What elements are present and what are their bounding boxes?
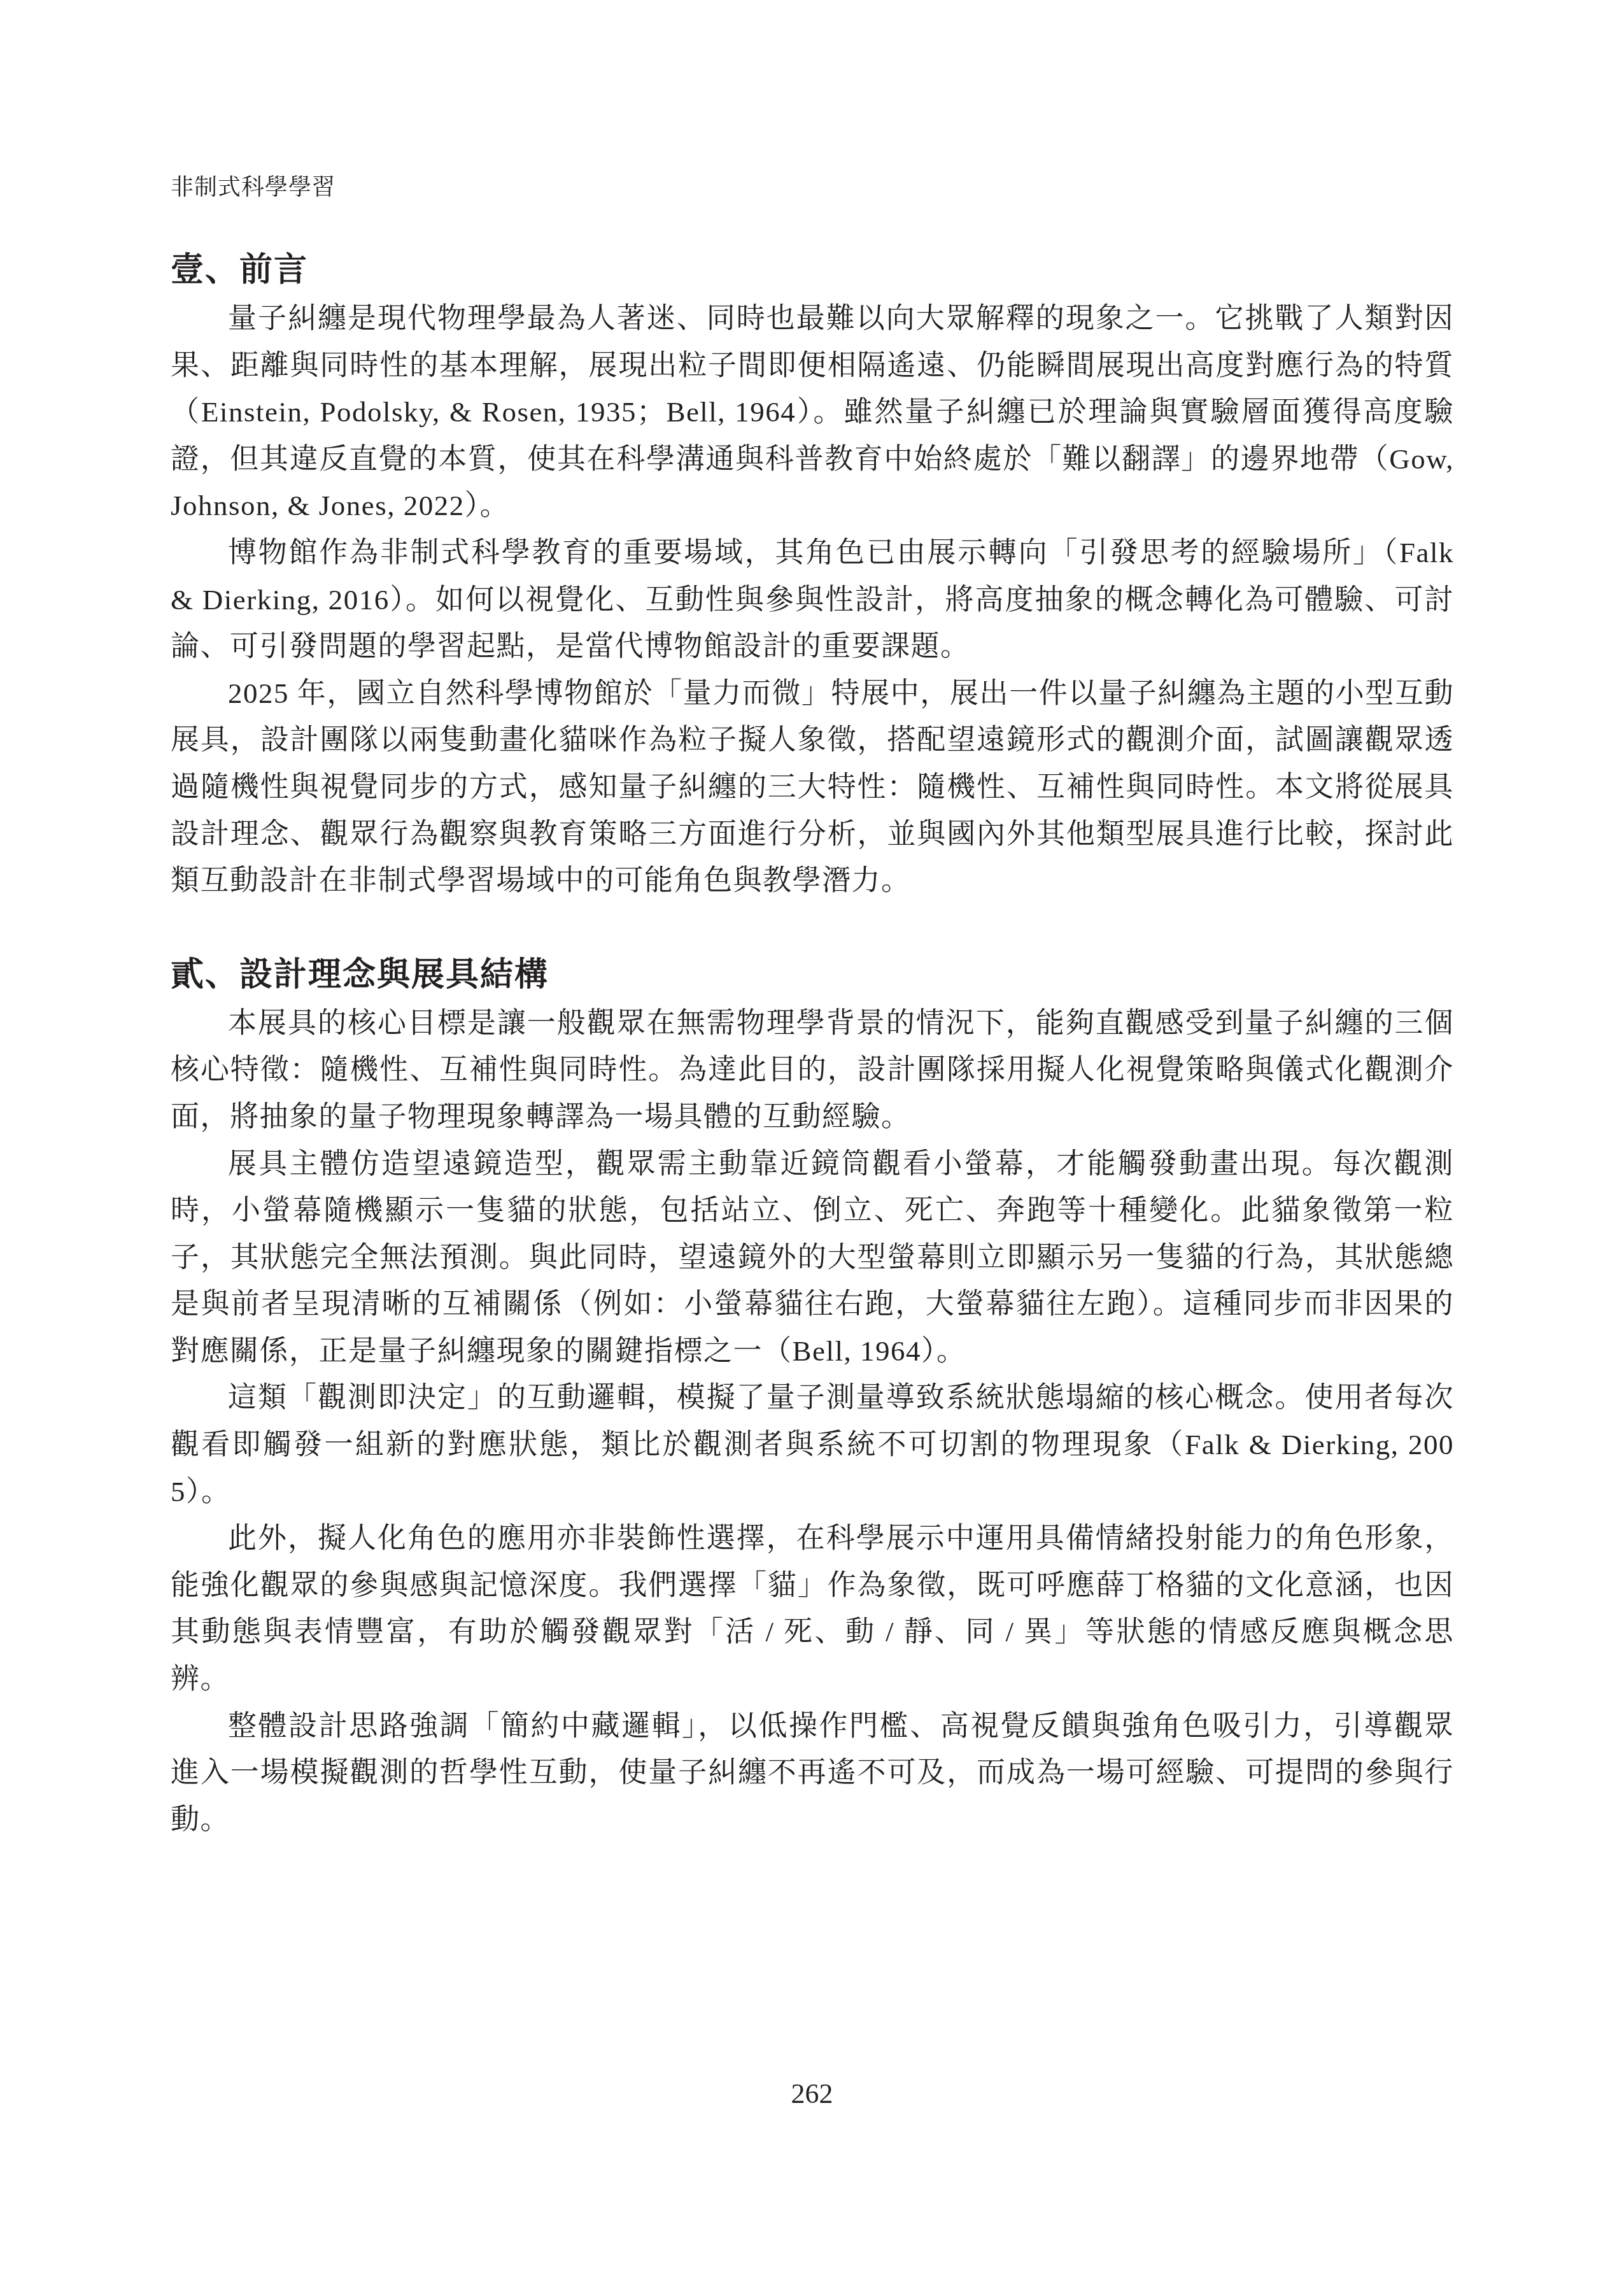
section-introduction: 壹、前言 量子糾纏是現代物理學最為人著迷、同時也最難以向大眾解釋的現象之一。它挑… xyxy=(171,247,1454,905)
paragraph: 展具主體仿造望遠鏡造型，觀眾需主動靠近鏡筒觀看小螢幕，才能觸發動畫出現。每次觀測… xyxy=(171,1141,1454,1375)
running-header: 非制式科學學習 xyxy=(171,173,335,201)
paragraph: 此外，擬人化角色的應用亦非裝飾性選擇，在科學展示中運用具備情緒投射能力的角色形象… xyxy=(171,1515,1454,1702)
section-heading: 貳、設計理念與展具結構 xyxy=(171,952,1454,999)
paragraph: 這類「觀測即決定」的互動邏輯，模擬了量子測量導致系統狀態塌縮的核心概念。使用者每… xyxy=(171,1375,1454,1515)
section-design-concept: 貳、設計理念與展具結構 本展具的核心目標是讓一般觀眾在無需物理學背景的情況下，能… xyxy=(171,952,1454,1844)
paragraph: 2025 年，國立自然科學博物館於「量力而微」特展中，展出一件以量子糾纏為主題的… xyxy=(171,670,1454,905)
paragraph: 博物館作為非制式科學教育的重要場域，其角色已由展示轉向「引發思考的經驗場所」（F… xyxy=(171,530,1454,670)
document-body: 壹、前言 量子糾纏是現代物理學最為人著迷、同時也最難以向大眾解釋的現象之一。它挑… xyxy=(171,247,1454,1843)
paragraph: 量子糾纏是現代物理學最為人著迷、同時也最難以向大眾解釋的現象之一。它挑戰了人類對… xyxy=(171,295,1454,530)
section-heading: 壹、前言 xyxy=(171,247,1454,294)
paragraph: 本展具的核心目標是讓一般觀眾在無需物理學背景的情況下，能夠直觀感受到量子糾纏的三… xyxy=(171,1000,1454,1141)
paragraph: 整體設計思路強調「簡約中藏邏輯」，以低操作門檻、高視覺反饋與強角色吸引力，引導觀… xyxy=(171,1703,1454,1844)
page-number: 262 xyxy=(0,2077,1624,2111)
